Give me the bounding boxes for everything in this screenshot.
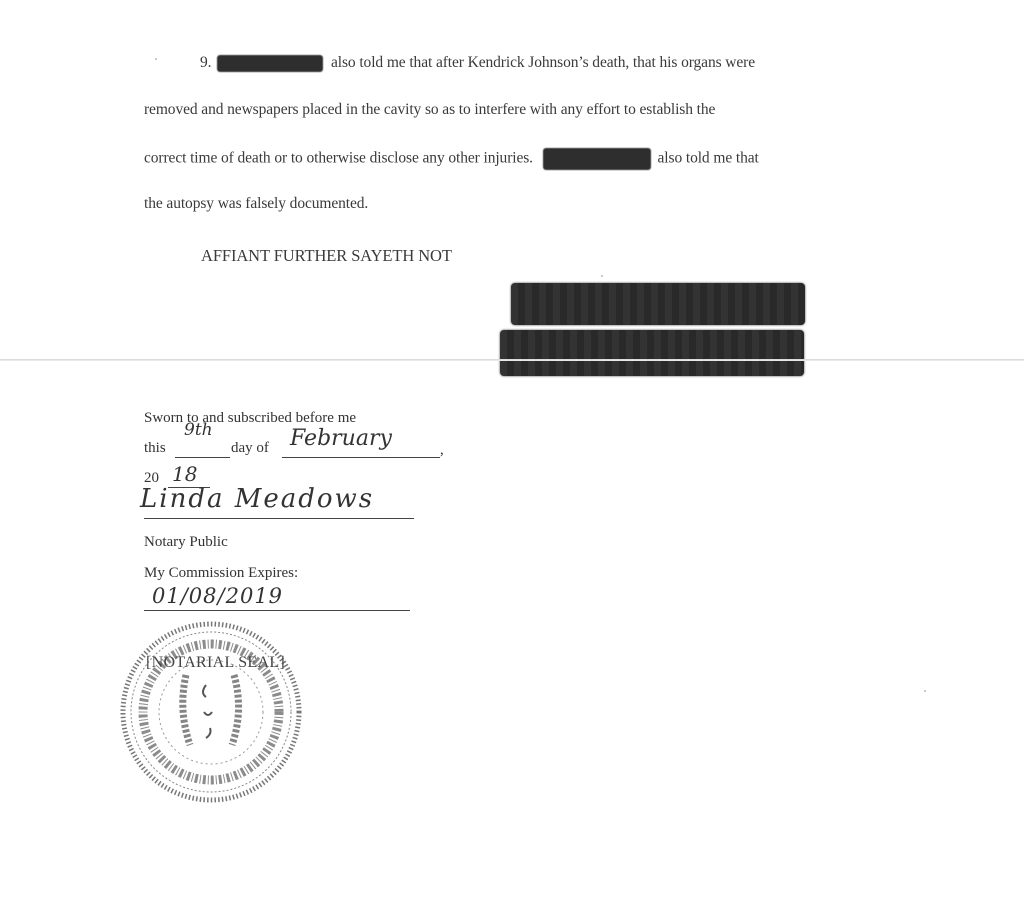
notary-signature: Linda Meadows [140,484,374,514]
paragraph-9-line-2: removed and newspapers placed in the cav… [144,101,715,119]
scan-speck [155,58,157,60]
signature-underline [144,518,414,519]
paragraph-text: correct time of death or to otherwise di… [144,150,533,167]
paragraph-text: also told me that after Kendrick Johnson… [331,54,755,71]
paragraph-9-line-4: the autopsy was falsely documented. [144,195,368,213]
month-underline [282,457,440,458]
sworn-statement: Sworn to and subscribed before me [144,410,356,427]
commission-date: 01/08/2019 [152,584,283,608]
paragraph-number: 9. [200,54,211,71]
handwritten-year: 18 [172,462,197,486]
day-underline [175,457,230,458]
this-label: this [144,440,166,457]
paragraph-text: also told me that [658,150,759,167]
affiant-closing: AFFIANT FURTHER SAYETH NOT [201,246,452,266]
notarial-seal-label: [NOTARIAL SEAL] [146,654,285,672]
scan-speck [601,275,603,277]
paragraph-9-line-3: correct time of death or to otherwise di… [144,148,759,170]
notarial-seal-icon [116,620,306,805]
redaction-block [217,55,323,72]
notary-title: Notary Public [144,534,228,551]
redacted-affiant-name [500,330,804,376]
redacted-affiant-signature [511,283,805,325]
scan-speck [924,690,926,692]
commission-underline [144,610,410,611]
comma: , [440,442,444,459]
commission-label: My Commission Expires: [144,565,298,582]
paragraph-9-line-1: 9. also told me that after Kendrick John… [200,54,755,72]
day-of-label: day of [231,440,269,457]
handwritten-day: 9th [184,420,213,440]
page-divider [0,359,1024,361]
handwritten-month: February [290,426,392,451]
redaction-block [543,148,651,170]
